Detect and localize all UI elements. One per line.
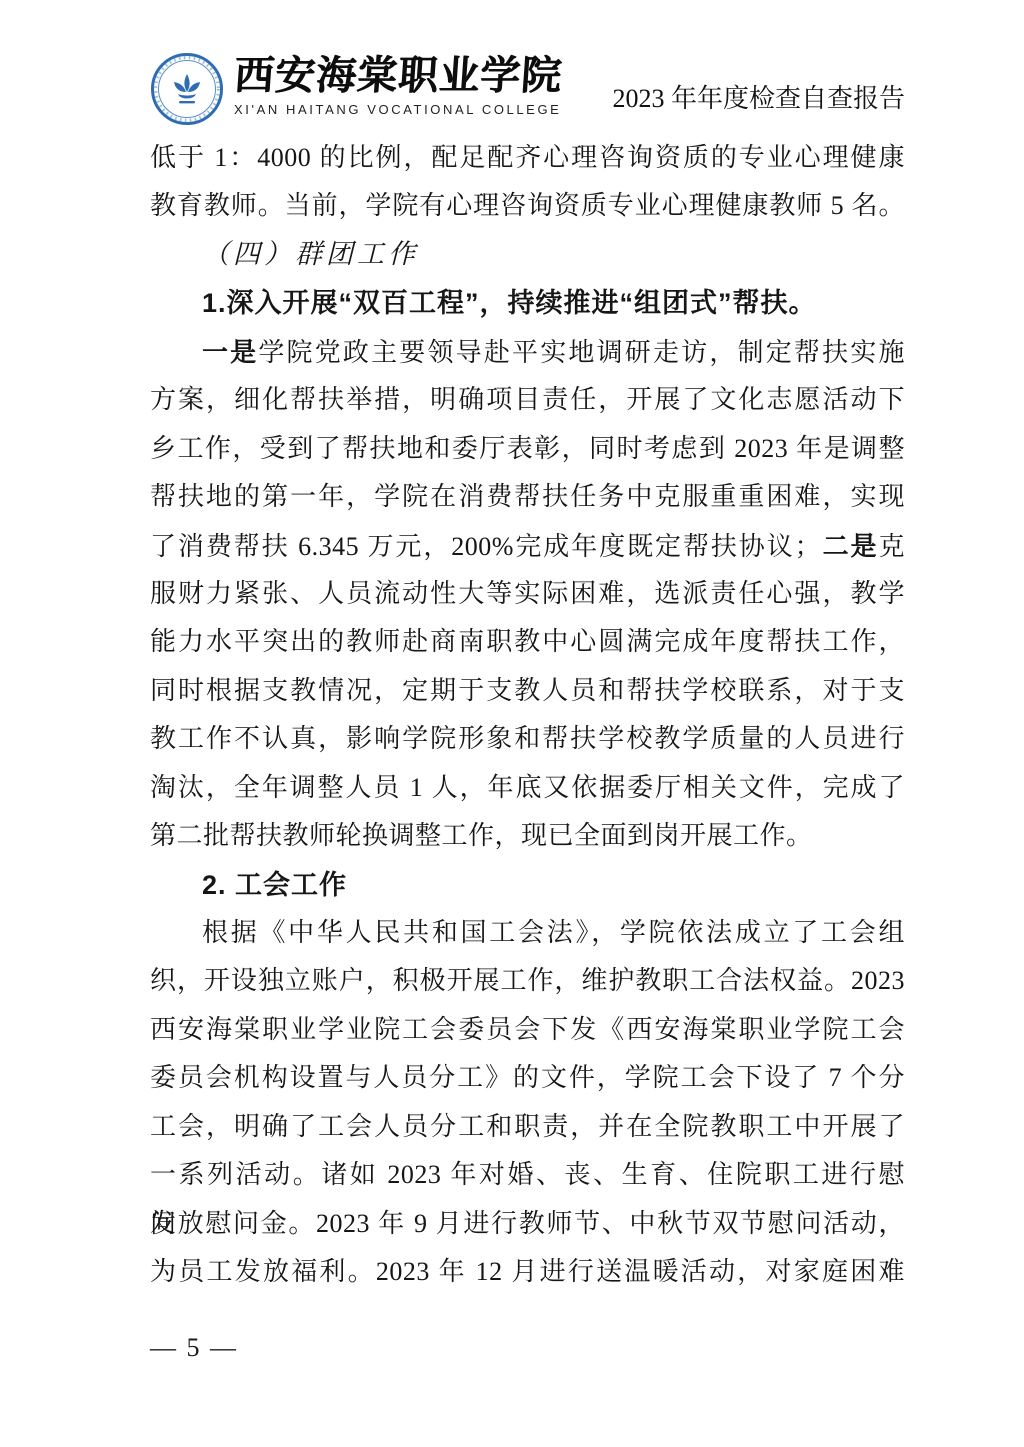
text-line: 第二批帮扶教师轮换调整工作，现已全面到岗开展工作。 [150,812,905,860]
text-line: 西安海棠职业学业院工会委员会下发《西安海棠职业学院工会 [150,1006,905,1054]
bold-text-run: 一是 [202,337,258,367]
text-run: 克 [878,532,905,561]
college-title-block: 西安海棠职业学院 XI'AN HAITANG VOCATIONAL COLLEG… [234,52,562,117]
document-body: 低于 1：4000 的比例，配足配齐心理咨询资质的专业心理健康教育教师。当前，学… [150,134,905,1297]
text-line: 乡工作，受到了帮扶地和委厅表彰，同时考虑到 2023 年是调整 [150,425,905,473]
text-line: 为员工发放福利。2023 年 12 月进行送温暖活动，对家庭困难 [150,1248,905,1296]
text-line: 2. 工会工作 [150,861,905,909]
text-line: 一是学院党政主要领导赴平实地调研走访，制定帮扶实施 [150,328,905,376]
text-line: 教育教师。当前，学院有心理咨询资质专业心理健康教师 5 名。 [150,182,905,230]
college-name-calligraphy: 西安海棠职业学院 [232,54,563,98]
college-seal-icon [150,52,224,126]
text-line: 了消费帮扶 6.345 万元，200%完成年度既定帮扶协议；二是克 [150,522,905,570]
text-line: 根据《中华人民共和国工会法》，学院依法成立了工会组 [150,909,905,957]
college-logo-group: 西安海棠职业学院 XI'AN HAITANG VOCATIONAL COLLEG… [150,52,562,126]
text-line: 工会，明确了工会人员分工和职责，并在全院教职工中开展了 [150,1103,905,1151]
report-title: 2023 年年度检查自查报告 [612,78,905,115]
text-line: 一系列活动。诸如 2023 年对婚、丧、生育、住院职工进行慰问， [150,1151,905,1199]
page-number: — 5 — [150,1333,238,1362]
text-run: 学院党政主要领导赴平实地调研走访，制定帮扶实施 [258,338,905,367]
page-header: 西安海棠职业学院 XI'AN HAITANG VOCATIONAL COLLEG… [150,52,905,132]
text-line: 低于 1：4000 的比例，配足配齐心理咨询资质的专业心理健康 [150,134,905,182]
text-run: 了消费帮扶 6.345 万元，200%完成年度既定帮扶协议； [150,532,821,561]
bold-text-run: 二是 [821,531,878,561]
text-line: 能力水平突出的教师赴商南职教中心圆满完成年度帮扶工作， [150,618,905,666]
text-line: 发放慰问金。2023 年 9 月进行教师节、中秋节双节慰问活动， [150,1200,905,1248]
college-name-english: XI'AN HAITANG VOCATIONAL COLLEGE [234,102,562,117]
text-line: （四）群团工作 [150,231,905,279]
text-line: 教工作不认真，影响学院形象和帮扶学校教学质量的人员进行 [150,715,905,763]
text-line: 方案，细化帮扶举措，明确项目责任，开展了文化志愿活动下 [150,376,905,424]
page-footer: — 5 — [150,1333,238,1363]
text-line: 委员会机构设置与人员分工》的文件，学院工会下设了 7 个分 [150,1054,905,1102]
text-line: 淘汰，全年调整人员 1 人，年底又依据委厅相关文件，完成了 [150,764,905,812]
text-line: 同时根据支教情况，定期于支教人员和帮扶学校联系，对于支 [150,667,905,715]
text-line: 服财力紧张、人员流动性大等实际困难，选派责任心强，教学 [150,570,905,618]
document-page: 西安海棠职业学院 XI'AN HAITANG VOCATIONAL COLLEG… [0,0,1024,1447]
text-line: 帮扶地的第一年，学院在消费帮扶任务中克服重重困难，实现 [150,473,905,521]
text-line: 织，开设独立账户，积极开展工作，维护教职工合法权益。2023 [150,957,905,1005]
text-line: 1.深入开展“双百工程”，持续推进“组团式”帮扶。 [150,279,905,327]
